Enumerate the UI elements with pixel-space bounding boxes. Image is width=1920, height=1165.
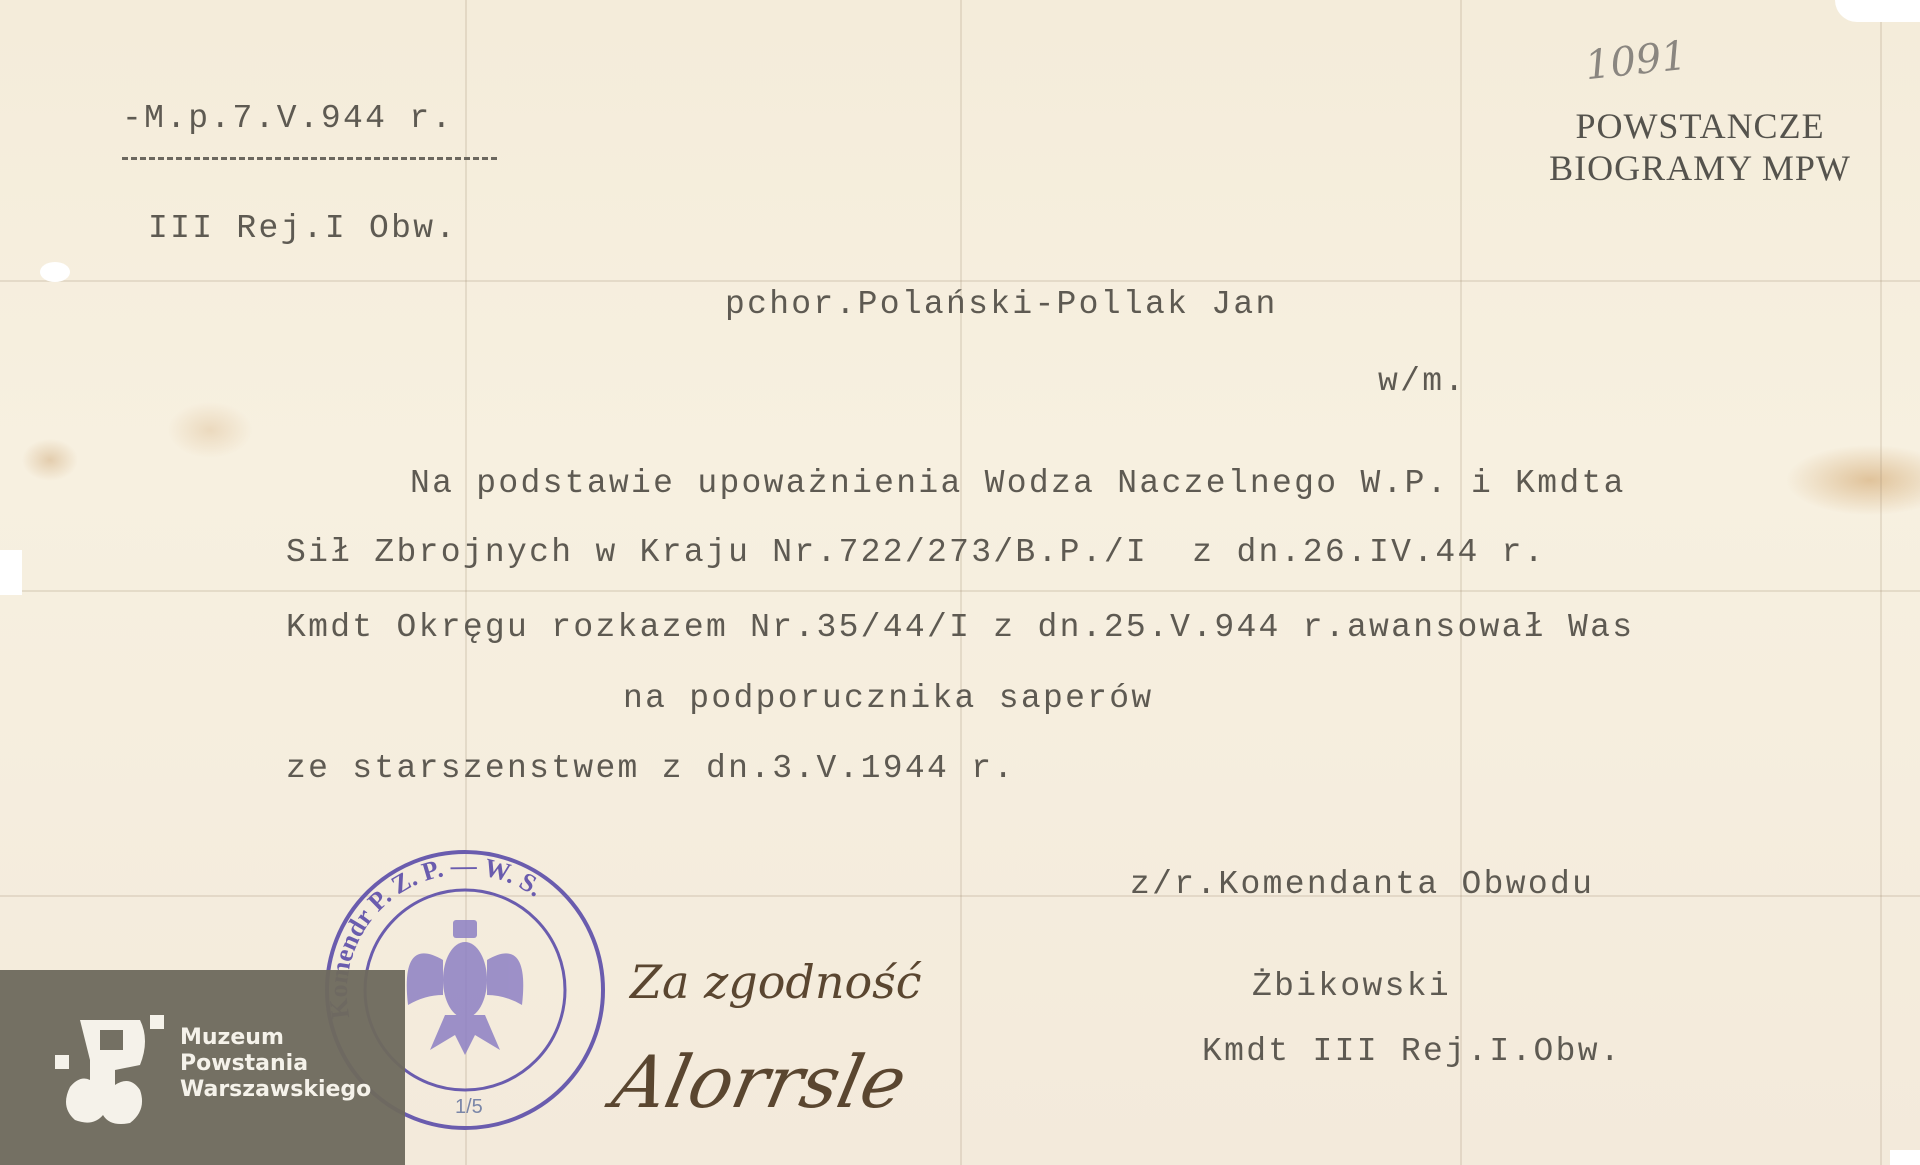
paper-tear [0, 550, 22, 595]
addressee-location: w/m. [1378, 363, 1466, 400]
museum-name-line1: Muzeum [180, 1025, 371, 1051]
fold-line [0, 590, 1920, 592]
museum-name-line3: Warszawskiego [180, 1077, 371, 1103]
handwritten-signature: Alorrsle [606, 1040, 914, 1124]
fold-line [0, 895, 1920, 897]
body-line-1: Na podstawie upoważnienia Wodza Naczelne… [410, 465, 1626, 502]
issuing-unit: III Rej.I Obw. [148, 210, 457, 247]
paper-tear [1835, 0, 1920, 22]
museum-name: Muzeum Powstania Warszawskiego [180, 1025, 371, 1103]
kotwica-anchor-icon [55, 1015, 165, 1125]
fold-line [960, 0, 962, 1165]
body-line-5: ze starszenstwem z dn.3.V.1944 r. [286, 750, 1015, 787]
body-line-3: Kmdt Okręgu rozkazem Nr.35/44/I z dn.25.… [286, 609, 1634, 646]
place-date: -M.p.7.V.944 r. [122, 100, 454, 137]
signatory-title: Kmdt III Rej.I.Obw. [1202, 1033, 1622, 1070]
museum-name-line2: Powstania [180, 1051, 371, 1077]
archive-label-line2: BIOGRAMY MPW [1545, 147, 1855, 189]
svg-text:1/5: 1/5 [455, 1096, 483, 1118]
paper-tear [1890, 1150, 1920, 1165]
body-line-4: na podporucznika saperów [623, 680, 1153, 717]
body-line-2: Sił Zbrojnych w Kraju Nr.722/273/B.P./I … [286, 534, 1546, 571]
handwritten-certification: Za zgodność [630, 955, 922, 1009]
fold-line [1460, 0, 1462, 1165]
archive-label-line1: POWSTANCZE [1545, 105, 1855, 147]
museum-watermark: Muzeum Powstania Warszawskiego [0, 970, 405, 1165]
fold-line [1880, 0, 1882, 1165]
addressee-name: pchor.Polański-Pollak Jan [725, 286, 1278, 323]
signature-line: z/r.Komendanta Obwodu [1130, 866, 1594, 903]
dashed-rule [122, 157, 497, 160]
archive-label: POWSTANCZE BIOGRAMY MPW [1545, 105, 1855, 189]
paper-tear [40, 262, 70, 282]
fold-line [0, 280, 1920, 282]
signatory-name: Żbikowski [1252, 968, 1451, 1005]
